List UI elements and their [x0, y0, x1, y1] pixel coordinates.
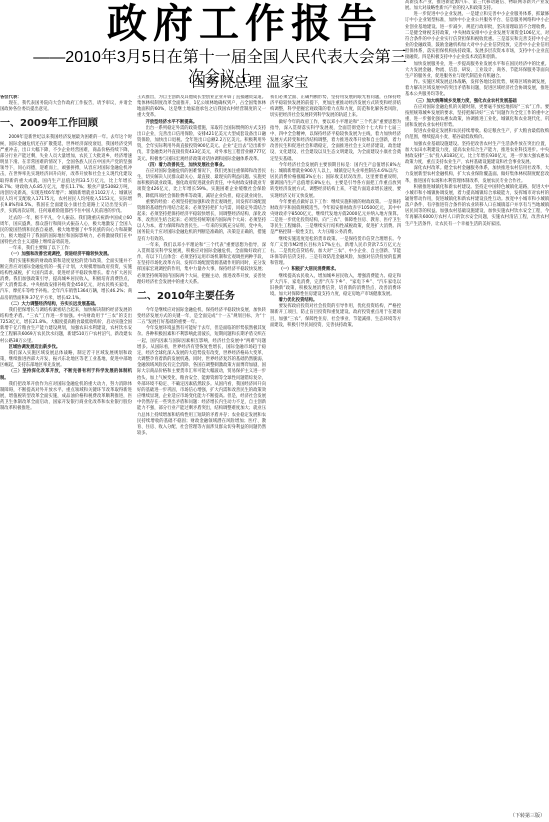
paragraph: 在应对国际金融危机的困难情况下，我们更加注重保障和改善民生，切实解决人民群众最关… — [137, 169, 266, 200]
paragraph: 加强农业基础设施建设。坚持把改善农村生产生活条件放在突出位置，加大农田水利建设力… — [405, 142, 549, 167]
article-column-1: 各位代表： 现在，我代表国务院向大会作政府工作报告，请予审议，并请全国政协各位委… — [0, 95, 132, 822]
paragraph: 出台一系列稳定外需的政策措施，采取符合国际惯例的方式支持出口企业，完善出口信用保… — [137, 126, 266, 163]
paragraph: 王式推出，为自主创新及其他成长型创业企业开辟了直接融资渠道。集体林权制度改革全面… — [137, 95, 266, 120]
paragraph: 深化农村改革。健全农村金融服务体系，加快推进农村信用社改革，大力发展新型农村金融… — [405, 166, 549, 184]
paragraph: 一年来，我们以邓小平理论和“三个代表”重要思想为指导，深入贯彻落实科学发展观，积… — [137, 243, 266, 286]
article-column-3: 我们必须全面、正确判断形势，坚持用发展的眼光看问题，在保持经济平稳较快发展的前提… — [270, 95, 401, 822]
paragraph: 要发挥政府投资对社会投资的引导作用，优化投资结构，严格控制新开工项目，防止盲目投… — [270, 304, 401, 329]
paragraph: 我们必须全面、正确判断形势，坚持用发展的眼光看问题，在保持经济平稳较快发展的前提… — [270, 95, 401, 120]
section-heading-2009-review: 一、2009年工作回顾 — [0, 117, 132, 130]
intro-paragraph: 现在，我代表国务院向大会作政府工作报告，请予审议，并请全国政协各位委员提出意见。 — [0, 101, 132, 113]
paragraph: 我们把保增长与调结构紧密结合起来，加快解决制约经济发展的结构性矛盾。“三农”工作… — [0, 308, 132, 345]
paragraph: 2009年是新世纪以来我国经济发展最为困难的一年。去年这个时候，国际金融危机还在… — [0, 135, 132, 215]
paragraph: 重要的经验：必须坚持把加强和改善宏观调控，同发挥市场配置资源的基础性作用结合起来… — [137, 200, 266, 243]
paragraph: 今年是继续应对国际金融危机、保持经济平稳较快发展、加快转变经济发展方式的关键一年… — [137, 308, 266, 326]
paragraph: 今年经济社会发展的主要预期目标是：国内生产总值增长8%左右；城镇新增就业900万… — [270, 163, 401, 200]
paragraph: 促进农业稳定发展和农民持续增收。稳定粮食生产，扩大粮食最低收购价范围，继续提高小… — [405, 129, 549, 141]
article-column-4: 高新技术产业，推进新能源汽车、第三代移动通信、物联网等新兴产业发展。加大对战略性… — [405, 0, 549, 822]
paragraph: 加快发展服务业，进一步提高服务业发展水平和在国民经济中的比重。大力发展金融、物流… — [405, 62, 549, 80]
paragraph: 高新技术产业，推进新能源汽车、第三代移动通信、物联网等新兴产业发展。加大对战略性… — [405, 0, 549, 12]
page-title: 政府工作报告 — [80, 2, 410, 46]
paragraph: 作。实施区域发展总体战略，发挥各地比较优势，统筹区域协调发展，着力解决区域发展中… — [405, 80, 549, 98]
paragraph: 过去的一年，极不平凡，令人振奋。我们隆重庆祝新中国成立60周年，国庆盛典、群众游… — [0, 216, 132, 247]
section-heading-2010-tasks: 二、2010年主要任务 — [137, 290, 266, 303]
paragraph: 今年要重点做好以下工作：继续实施积极的财政政策。一是保持财政赤字和国债规模适当。… — [270, 200, 401, 237]
paragraph: 在应对国际金融危机的关键时刻，更要毫不放松地抓好“三农”工作。要按照统筹城乡发展… — [405, 105, 549, 130]
byline: 国务院总理 温家宝 — [150, 74, 350, 92]
paragraph: 继续实施适度宽松的货币政策。一是保持货币信贷合理增长。今年广义货币M2增长目标为… — [270, 237, 401, 268]
continued-label: （下转第三版） — [510, 812, 545, 819]
subsection-lead: （三）坚持深化改革开放，不断完善有利于科学发展的体制机制。 — [0, 369, 132, 381]
article-column-2: 王式推出，为自主创新及其他成长型创业企业开辟了直接融资渠道。集体林权制度改革全面… — [137, 95, 266, 822]
paragraph: 我们实施积极的财政政策和适度宽松的货币政策，全面实施并不断完善应对国际金融危机的… — [0, 259, 132, 302]
paragraph: 我们把改革开放作为应对国际金融危机的重大动力，努力消除体制障碍，不断提高对外开放… — [0, 382, 132, 413]
paragraph: 做好今年的政府工作，要以邓小平理论和“三个代表”重要思想为指导，深入贯彻落实科学… — [270, 120, 401, 163]
paragraph: 今年发展环境虽然有可能好于去年，但是面临的形势依然极其复杂。各种积极因素和不利影… — [137, 326, 266, 437]
paragraph: 继续提高农民收入，增加城乡居民收入，增强消费能力。稳定和扩大汽车、家电消费，完善… — [270, 274, 401, 299]
paragraph: 进一步促进中小企业发展。一是建立和完善中小企业服务体系，抓紧修订中小企业划型标准… — [405, 12, 549, 61]
paragraph: 我们深入实施区域发展总体战略，制定若干区域发展规划和政策，继续推进西部大开发，振… — [0, 351, 132, 369]
paragraph: 积极推进城镇化和新农村建设。坚持走中国特色城镇化道路，促进大中小城市和小城镇协调… — [405, 185, 549, 228]
